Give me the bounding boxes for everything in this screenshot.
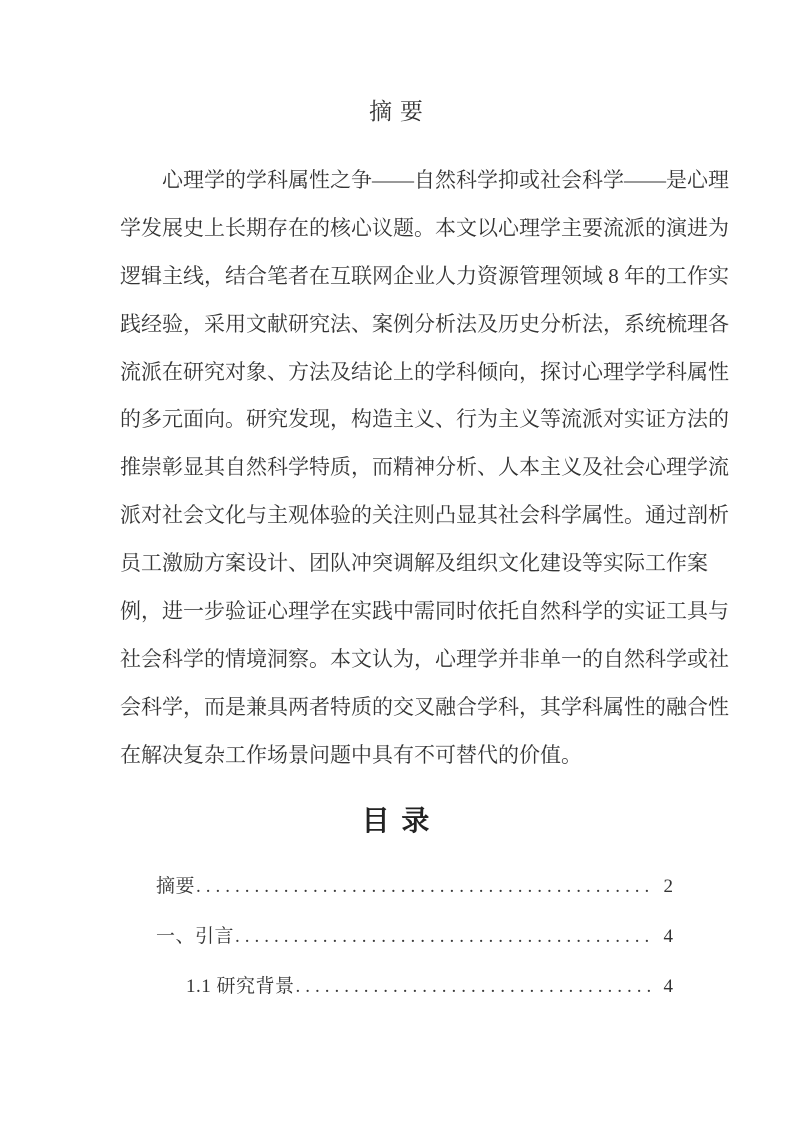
abstract-line: 学发展史上长期存在的核心议题。本文以心理学主要流派的演进为	[120, 205, 673, 253]
toc-list: 摘要......................................…	[120, 862, 673, 1012]
toc-leader-dots: ........................................…	[235, 912, 653, 962]
abstract-title: 摘 要	[0, 92, 793, 132]
abstract-line: 心理学的学科属性之争——自然科学抑或社会科学——是心理	[120, 157, 673, 205]
abstract-line: 践经验，采用文献研究法、案例分析法及历史分析法，系统梳理各	[120, 301, 673, 349]
toc-title: 目 录	[0, 800, 793, 842]
abstract-line: 会科学，而是兼具两者特质的交叉融合学科，其学科属性的融合性	[120, 684, 673, 732]
abstract-line: 的多元面向。研究发现，构造主义、行为主义等流派对实证方法的	[120, 396, 673, 444]
abstract-paragraph: 心理学的学科属性之争——自然科学抑或社会科学——是心理学发展史上长期存在的核心议…	[120, 157, 673, 780]
abstract-line: 社会科学的情境洞察。本文认为，心理学并非单一的自然科学或社	[120, 636, 673, 684]
toc-item-label: 1.1 研究背景	[186, 962, 295, 1012]
document-page: 摘 要 心理学的学科属性之争——自然科学抑或社会科学——是心理学发展史上长期存在…	[0, 0, 793, 1122]
toc-item[interactable]: 一、引言....................................…	[120, 912, 673, 962]
abstract-line: 例，进一步验证心理学在实践中需同时依托自然科学的实证工具与	[120, 588, 673, 636]
abstract-line: 推崇彰显其自然科学特质，而精神分析、人本主义及社会心理学流	[120, 444, 673, 492]
toc-leader-dots: ........................................…	[196, 862, 653, 912]
toc-item-page: 4	[657, 962, 673, 1012]
toc-item[interactable]: 摘要......................................…	[120, 862, 673, 912]
toc-item-page: 2	[657, 862, 673, 912]
abstract-line: 流派在研究对象、方法及结论上的学科倾向，探讨心理学学科属性	[120, 349, 673, 397]
toc-item-label: 一、引言	[156, 912, 234, 962]
abstract-line: 逻辑主线，结合笔者在互联网企业人力资源管理领域 8 年的工作实	[120, 253, 673, 301]
abstract-line: 在解决复杂工作场景问题中具有不可替代的价值。	[120, 732, 673, 780]
toc-item-page: 4	[657, 912, 673, 962]
toc-item[interactable]: 1.1 研究背景................................…	[120, 962, 673, 1012]
toc-leader-dots: ........................................…	[296, 962, 653, 1012]
toc-item-label: 摘要	[156, 862, 195, 912]
abstract-line: 员工激励方案设计、团队冲突调解及组织文化建设等实际工作案	[120, 540, 673, 588]
abstract-line: 派对社会文化与主观体验的关注则凸显其社会科学属性。通过剖析	[120, 492, 673, 540]
